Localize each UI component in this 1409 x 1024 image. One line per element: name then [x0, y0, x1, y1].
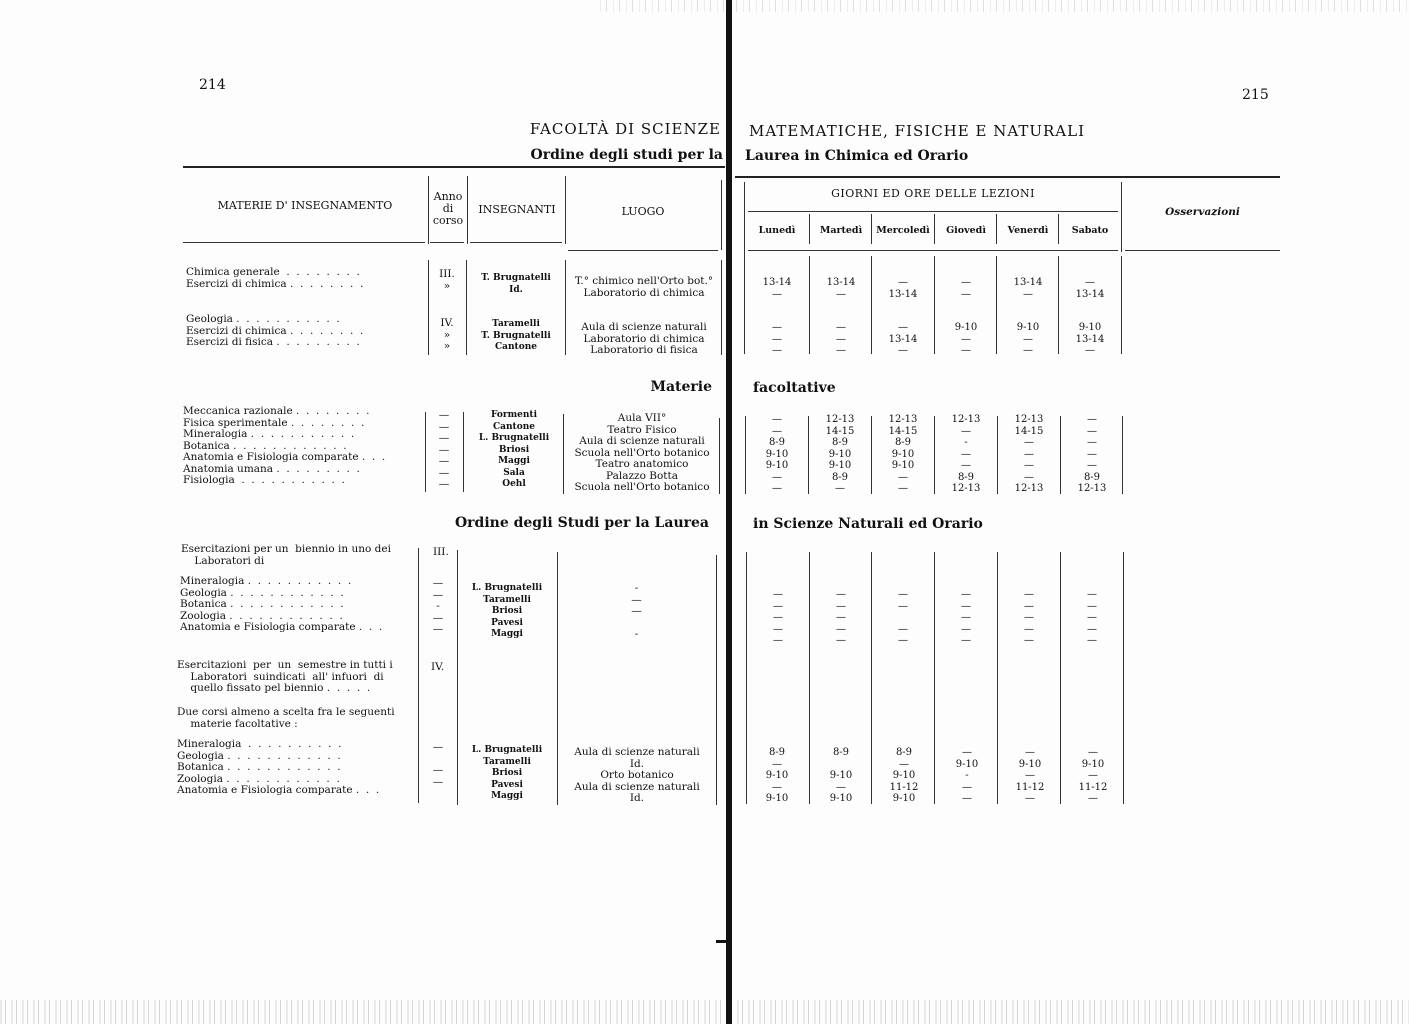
divider: [809, 214, 810, 244]
book-spine: [726, 0, 732, 1024]
chimica-group1-mercoledi: — 13-14: [872, 277, 934, 300]
chimica-group2-martedi: — — —: [810, 322, 872, 357]
header-bottom-rule: [470, 242, 562, 243]
naturali-fac-places: Aula di scienze naturali Id. Orto botani…: [558, 747, 716, 805]
facoltative-places: Aula VII° Teatro Fisico Aula di scienze …: [562, 413, 722, 494]
naturali-fac-martedi: 8-9 9-10 — 9-10: [810, 747, 872, 805]
header-rule-left: [183, 166, 725, 168]
header-rule-right: [735, 176, 1280, 178]
subtitle-right: Laurea in Chimica ed Orario: [745, 148, 968, 164]
day-header-venerdi: Venerdì: [997, 225, 1059, 236]
biennio-subjects: Mineralogia . . . . . . . . . . . Geolog…: [180, 576, 382, 634]
chimica-group2-anno: IV. » »: [430, 318, 464, 353]
col-header-anno: Anno di corso: [429, 191, 467, 227]
giorni-rule: [748, 211, 1118, 212]
facoltative-martedi: 12-13 14-15 8-9 9-10 9-10 8-9 —: [809, 414, 871, 495]
biennio-venerdi: — — — — —: [998, 589, 1060, 647]
chimica-group2-mercoledi: — 13-14 —: [872, 322, 934, 357]
page-number-left: 214: [199, 77, 226, 93]
biennio-anno: III.: [433, 547, 449, 559]
facoltative-anno: — — — — — — —: [427, 410, 461, 491]
divider: [1121, 182, 1122, 252]
spine-mark: [716, 940, 732, 943]
divider: [428, 176, 429, 244]
col-header-luogo: LUOGO: [568, 206, 718, 218]
chimica-group1-subjects: Chimica generale . . . . . . . . Eserciz…: [186, 267, 363, 290]
biennio-giovedi: — — — — —: [935, 589, 997, 647]
day-header-mercoledi: Mercoledì: [872, 225, 934, 236]
title-right: MATEMATICHE, FISICHE E NATURALI: [749, 122, 1085, 140]
naturali-fac-giovedi: — 9-10 - — —: [936, 747, 998, 805]
facoltative-giovedi: 12-13 — - — — 8-9 12-13: [935, 414, 997, 495]
section-heading-scienze-naturali: in Scienze Naturali ed Orario: [753, 516, 983, 532]
divider: [425, 412, 426, 492]
divider: [467, 176, 468, 244]
divider: [428, 260, 429, 355]
naturali-fac-venerdi: — 9-10 — 11-12 —: [999, 747, 1061, 805]
days-bottom-rule: [748, 250, 1118, 251]
chimica-group2-sabato: 9-10 13-14 —: [1059, 322, 1121, 357]
section-heading-materie: Materie: [650, 379, 712, 395]
facoltative-teachers: Formenti Cantone L. Brugnatelli Briosi M…: [466, 410, 562, 491]
col-header-giorni: GIORNI ED ORE DELLE LEZIONI: [746, 188, 1120, 200]
divider: [716, 555, 717, 805]
chimica-group2-subjects: Geologia . . . . . . . . . . . Esercizi …: [186, 314, 363, 349]
biennio-intro: Esercitazioni per un biennio in uno dei …: [181, 544, 391, 567]
divider: [934, 214, 935, 244]
divider: [418, 548, 419, 803]
section-heading-facoltative: facoltative: [753, 380, 836, 396]
scan-noise-top: [600, 0, 1409, 12]
divider: [463, 412, 464, 492]
biennio-teachers: L. Brugnatelli Taramelli Briosi Pavesi M…: [459, 583, 555, 641]
chimica-group2-venerdi: 9-10 — —: [997, 322, 1059, 357]
divider: [744, 182, 745, 354]
section-heading-ordine-laurea: Ordine degli Studi per la Laurea: [455, 515, 709, 531]
divider: [565, 176, 566, 244]
col-header-insegnanti: INSEGNANTI: [470, 204, 564, 216]
biennio-lunedi: — — — — —: [747, 589, 809, 647]
biennio-anno-marks: — — - — —: [420, 578, 456, 636]
chimica-group1-places: T.° chimico nell'Orto bot.° Laboratorio …: [564, 276, 724, 299]
chimica-group2-teachers: Taramelli T. Brugnatelli Cantone: [468, 319, 564, 354]
naturali-fac-anno: — — —: [420, 742, 456, 788]
chimica-group1-teachers: T. Brugnatelli Id.: [468, 273, 564, 296]
day-header-sabato: Sabato: [1059, 225, 1121, 236]
day-header-martedi: Martedì: [810, 225, 872, 236]
due-corsi-intro: Due corsi almeno a scelta fra le seguent…: [177, 707, 395, 730]
divider: [871, 214, 872, 244]
chimica-group2-lunedi: — — —: [746, 322, 808, 357]
subtitle-left: Ordine degli studi per la: [531, 147, 723, 163]
col-header-osservazioni: Osservazioni: [1125, 206, 1280, 218]
biennio-martedi: — — — — —: [810, 589, 872, 647]
scan-noise-bottom: [0, 1000, 1409, 1024]
chimica-group1-anno: III. »: [430, 269, 464, 292]
day-header-giovedi: Giovedì: [935, 225, 997, 236]
facoltative-sabato: — — — — — 8-9 12-13: [1061, 414, 1123, 495]
facoltative-mercoledi: 12-13 14-15 8-9 9-10 9-10 — —: [872, 414, 934, 495]
naturali-fac-sabato: — 9-10 — 11-12 —: [1062, 747, 1124, 805]
naturali-fac-mercoledi: 8-9 — 9-10 11-12 9-10: [873, 747, 935, 805]
divider: [1058, 214, 1059, 244]
chimica-group2-giovedi: 9-10 — —: [935, 322, 997, 357]
header-bottom-rule: [183, 242, 425, 243]
title-left: FACOLTÀ DI SCIENZE: [530, 120, 721, 138]
col-header-materie: MATERIE D' INSEGNAMENTO: [185, 200, 425, 212]
divider: [457, 550, 458, 805]
divider: [466, 260, 467, 355]
chimica-group2-places: Aula di scienze naturali Laboratorio di …: [564, 322, 724, 357]
naturali-fac-teachers: L. Brugnatelli Taramelli Briosi Pavesi M…: [459, 745, 555, 803]
header-bottom-rule: [430, 242, 464, 243]
semestre-intro: Esercitazioni per un semestre in tutti i…: [177, 660, 393, 695]
semestre-anno: IV.: [431, 662, 444, 674]
facoltative-subjects: Meccanica razionale . . . . . . . . Fisi…: [183, 406, 385, 487]
divider: [996, 214, 997, 244]
obs-bottom-rule: [1125, 250, 1280, 251]
chimica-group1-giovedi: — —: [935, 277, 997, 300]
biennio-places: - — — -: [559, 583, 714, 641]
biennio-mercoledi: — — — —: [872, 589, 934, 647]
chimica-group1-martedi: 13-14 —: [810, 277, 872, 300]
page-number-right: 215: [1242, 87, 1269, 103]
chimica-group1-venerdi: 13-14 —: [997, 277, 1059, 300]
chimica-group1-sabato: — 13-14: [1059, 277, 1121, 300]
header-bottom-rule: [568, 250, 718, 251]
naturali-fac-lunedi: 8-9 — 9-10 — 9-10: [746, 747, 808, 805]
divider: [721, 180, 722, 250]
biennio-sabato: — — — — —: [1061, 589, 1123, 647]
naturali-fac-subjects: Mineralogia . . . . . . . . . . Geologia…: [177, 739, 379, 797]
facoltative-lunedi: — — 8-9 9-10 9-10 — —: [746, 414, 808, 495]
facoltative-venerdi: 12-13 14-15 — — — — 12-13: [998, 414, 1060, 495]
day-header-lunedi: Lunedì: [746, 225, 808, 236]
chimica-group1-lunedi: 13-14 —: [746, 277, 808, 300]
divider: [1121, 256, 1122, 354]
